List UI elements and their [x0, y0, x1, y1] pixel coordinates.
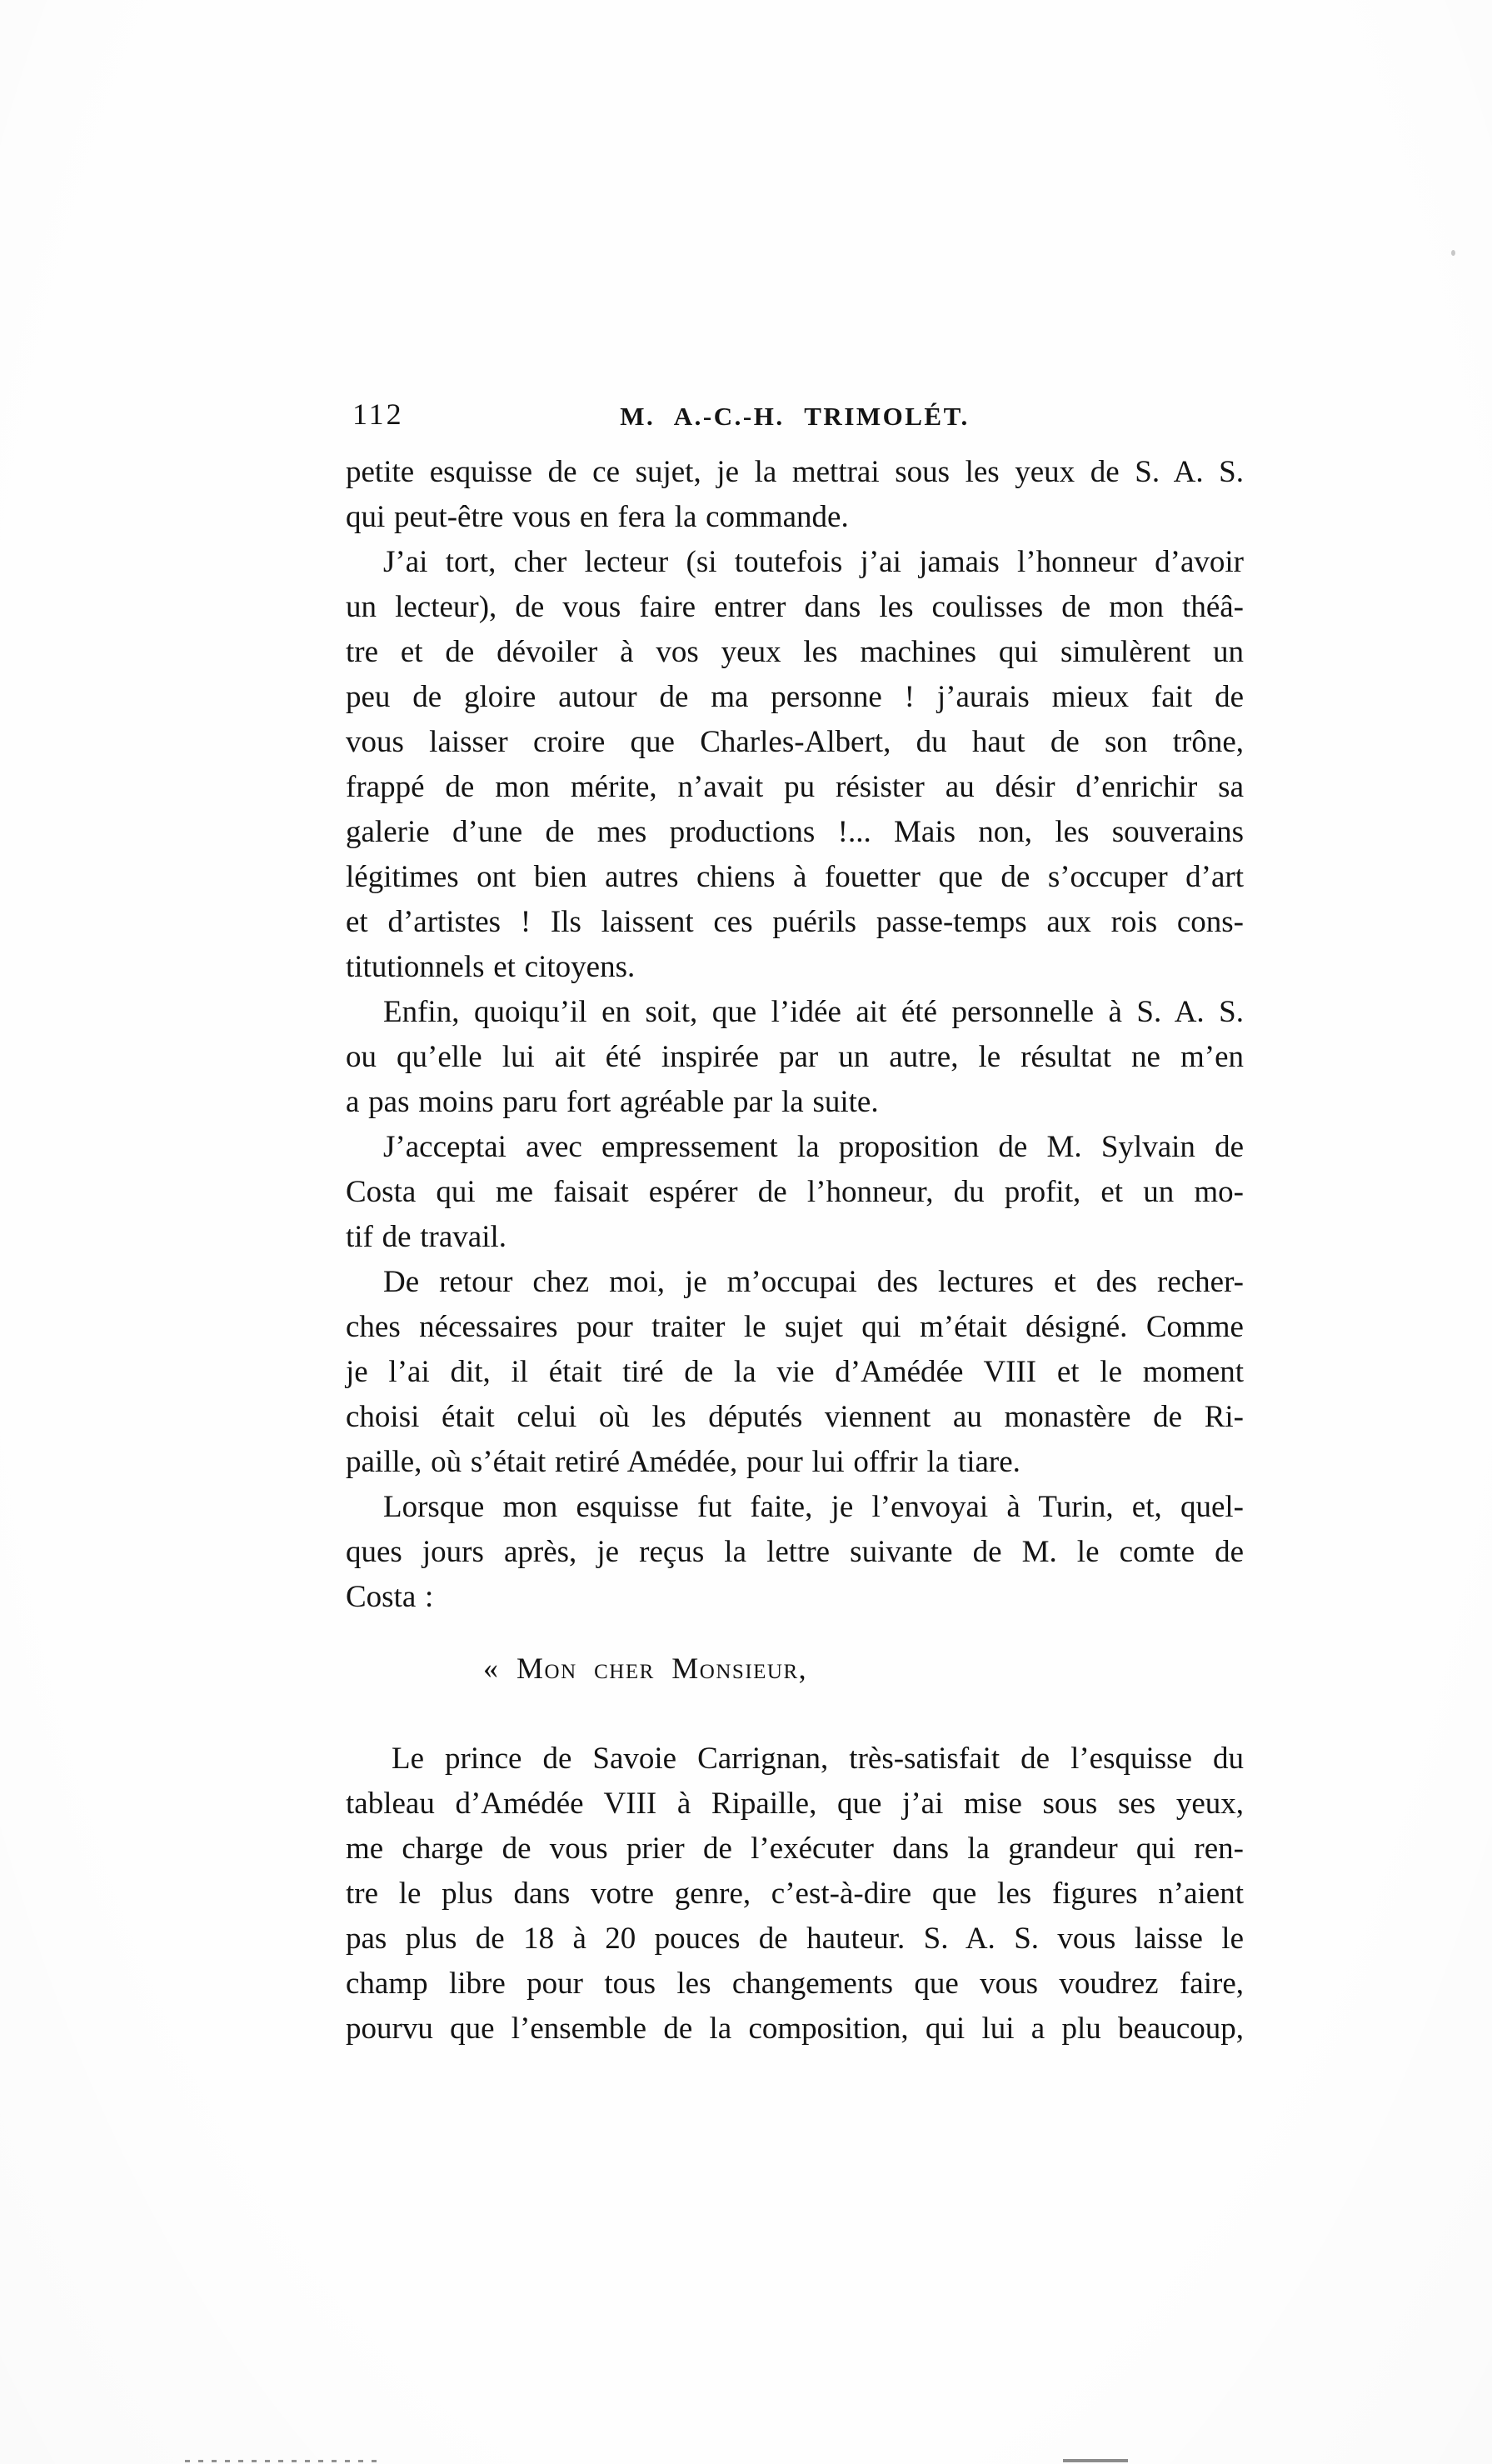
text-line: me charge de vous prier de l’exécuter da…	[346, 1827, 1244, 1872]
text-line: Costa qui me faisait espérer de l’honneu…	[346, 1170, 1244, 1215]
text-line: a pas moins paru fort agréable par la su…	[346, 1080, 1244, 1125]
text-line: titutionnels et citoyens.	[346, 945, 1244, 990]
paragraph: Lorsque mon esquisse fut faite, je l’env…	[346, 1485, 1244, 1620]
paragraph: J’ai tort, cher lecteur (si toutefois j’…	[346, 540, 1244, 990]
text-line: petite esquisse de ce sujet, je la mettr…	[346, 450, 1244, 495]
text-line: Lorsque mon esquisse fut faite, je l’env…	[346, 1485, 1244, 1530]
text-line: paille, où s’était retiré Amédée, pour l…	[346, 1440, 1244, 1485]
letter-salutation: « Mon cher Monsieur,	[483, 1647, 1244, 1690]
text-line: tre et de dévoiler à vos yeux les machin…	[346, 630, 1244, 675]
text-line: qui peut-être vous en fera la commande.	[346, 495, 1244, 540]
text-line: ches nécessaires pour traiter le sujet q…	[346, 1305, 1244, 1350]
text-line: vous laisser croire que Charles-Albert, …	[346, 720, 1244, 765]
paragraph: petite esquisse de ce sujet, je la mettr…	[346, 450, 1244, 540]
page-header: 112 M. A.-C.-H. TRIMOLÉT.	[346, 395, 1244, 437]
text-line: J’acceptai avec empressement la proposit…	[346, 1125, 1244, 1170]
text-line: tableau d’Amédée VIII à Ripaille, que j’…	[346, 1782, 1244, 1827]
scan-artifact	[185, 2460, 385, 2462]
text-line: et d’artistes ! Ils laissent ces puérils…	[346, 900, 1244, 945]
running-title: M. A.-C.-H. TRIMOLÉT.	[346, 402, 1244, 432]
text-line: champ libre pour tous les changements qu…	[346, 1962, 1244, 2007]
scan-artifact	[1451, 250, 1455, 256]
text-line: je l’ai dit, il était tiré de la vie d’A…	[346, 1350, 1244, 1395]
scan-artifact	[1063, 2459, 1128, 2462]
text-line: J’ai tort, cher lecteur (si toutefois j’…	[346, 540, 1244, 585]
text-line: pas plus de 18 à 20 pouces de hauteur. S…	[346, 1917, 1244, 1962]
text-line: Le prince de Savoie Carrignan, très-sati…	[346, 1737, 1244, 1782]
book-page: 112 M. A.-C.-H. TRIMOLÉT. petite esquiss…	[0, 0, 1492, 2464]
text-line: Costa :	[346, 1575, 1244, 1620]
text-line: ques jours après, je reçus la lettre sui…	[346, 1530, 1244, 1575]
text-line: peu de gloire autour de ma personne ! j’…	[346, 675, 1244, 720]
text-line: pourvu que l’ensemble de la composition,…	[346, 2007, 1244, 2052]
text-line: légitimes ont bien autres chiens à fouet…	[346, 855, 1244, 900]
text-line: galerie d’une de mes productions !... Ma…	[346, 810, 1244, 855]
paragraph: De retour chez moi, je m’occupai des lec…	[346, 1260, 1244, 1485]
text-line: frappé de mon mérite, n’avait pu résiste…	[346, 765, 1244, 810]
body-text: petite esquisse de ce sujet, je la mettr…	[346, 450, 1244, 2052]
text-line: Enfin, quoiqu’il en soit, que l’idée ait…	[346, 990, 1244, 1035]
paragraph: J’acceptai avec empressement la proposit…	[346, 1125, 1244, 1260]
text-line: un lecteur), de vous faire entrer dans l…	[346, 585, 1244, 630]
paragraph: Le prince de Savoie Carrignan, très-sati…	[346, 1737, 1244, 2052]
text-line: ou qu’elle lui ait été inspirée par un a…	[346, 1035, 1244, 1080]
text-line: tif de travail.	[346, 1215, 1244, 1260]
text-line: De retour chez moi, je m’occupai des lec…	[346, 1260, 1244, 1305]
text-line: tre le plus dans votre genre, c’est-à-di…	[346, 1872, 1244, 1917]
text-line: choisi était celui où les députés vienne…	[346, 1395, 1244, 1440]
paragraph: Enfin, quoiqu’il en soit, que l’idée ait…	[346, 990, 1244, 1125]
